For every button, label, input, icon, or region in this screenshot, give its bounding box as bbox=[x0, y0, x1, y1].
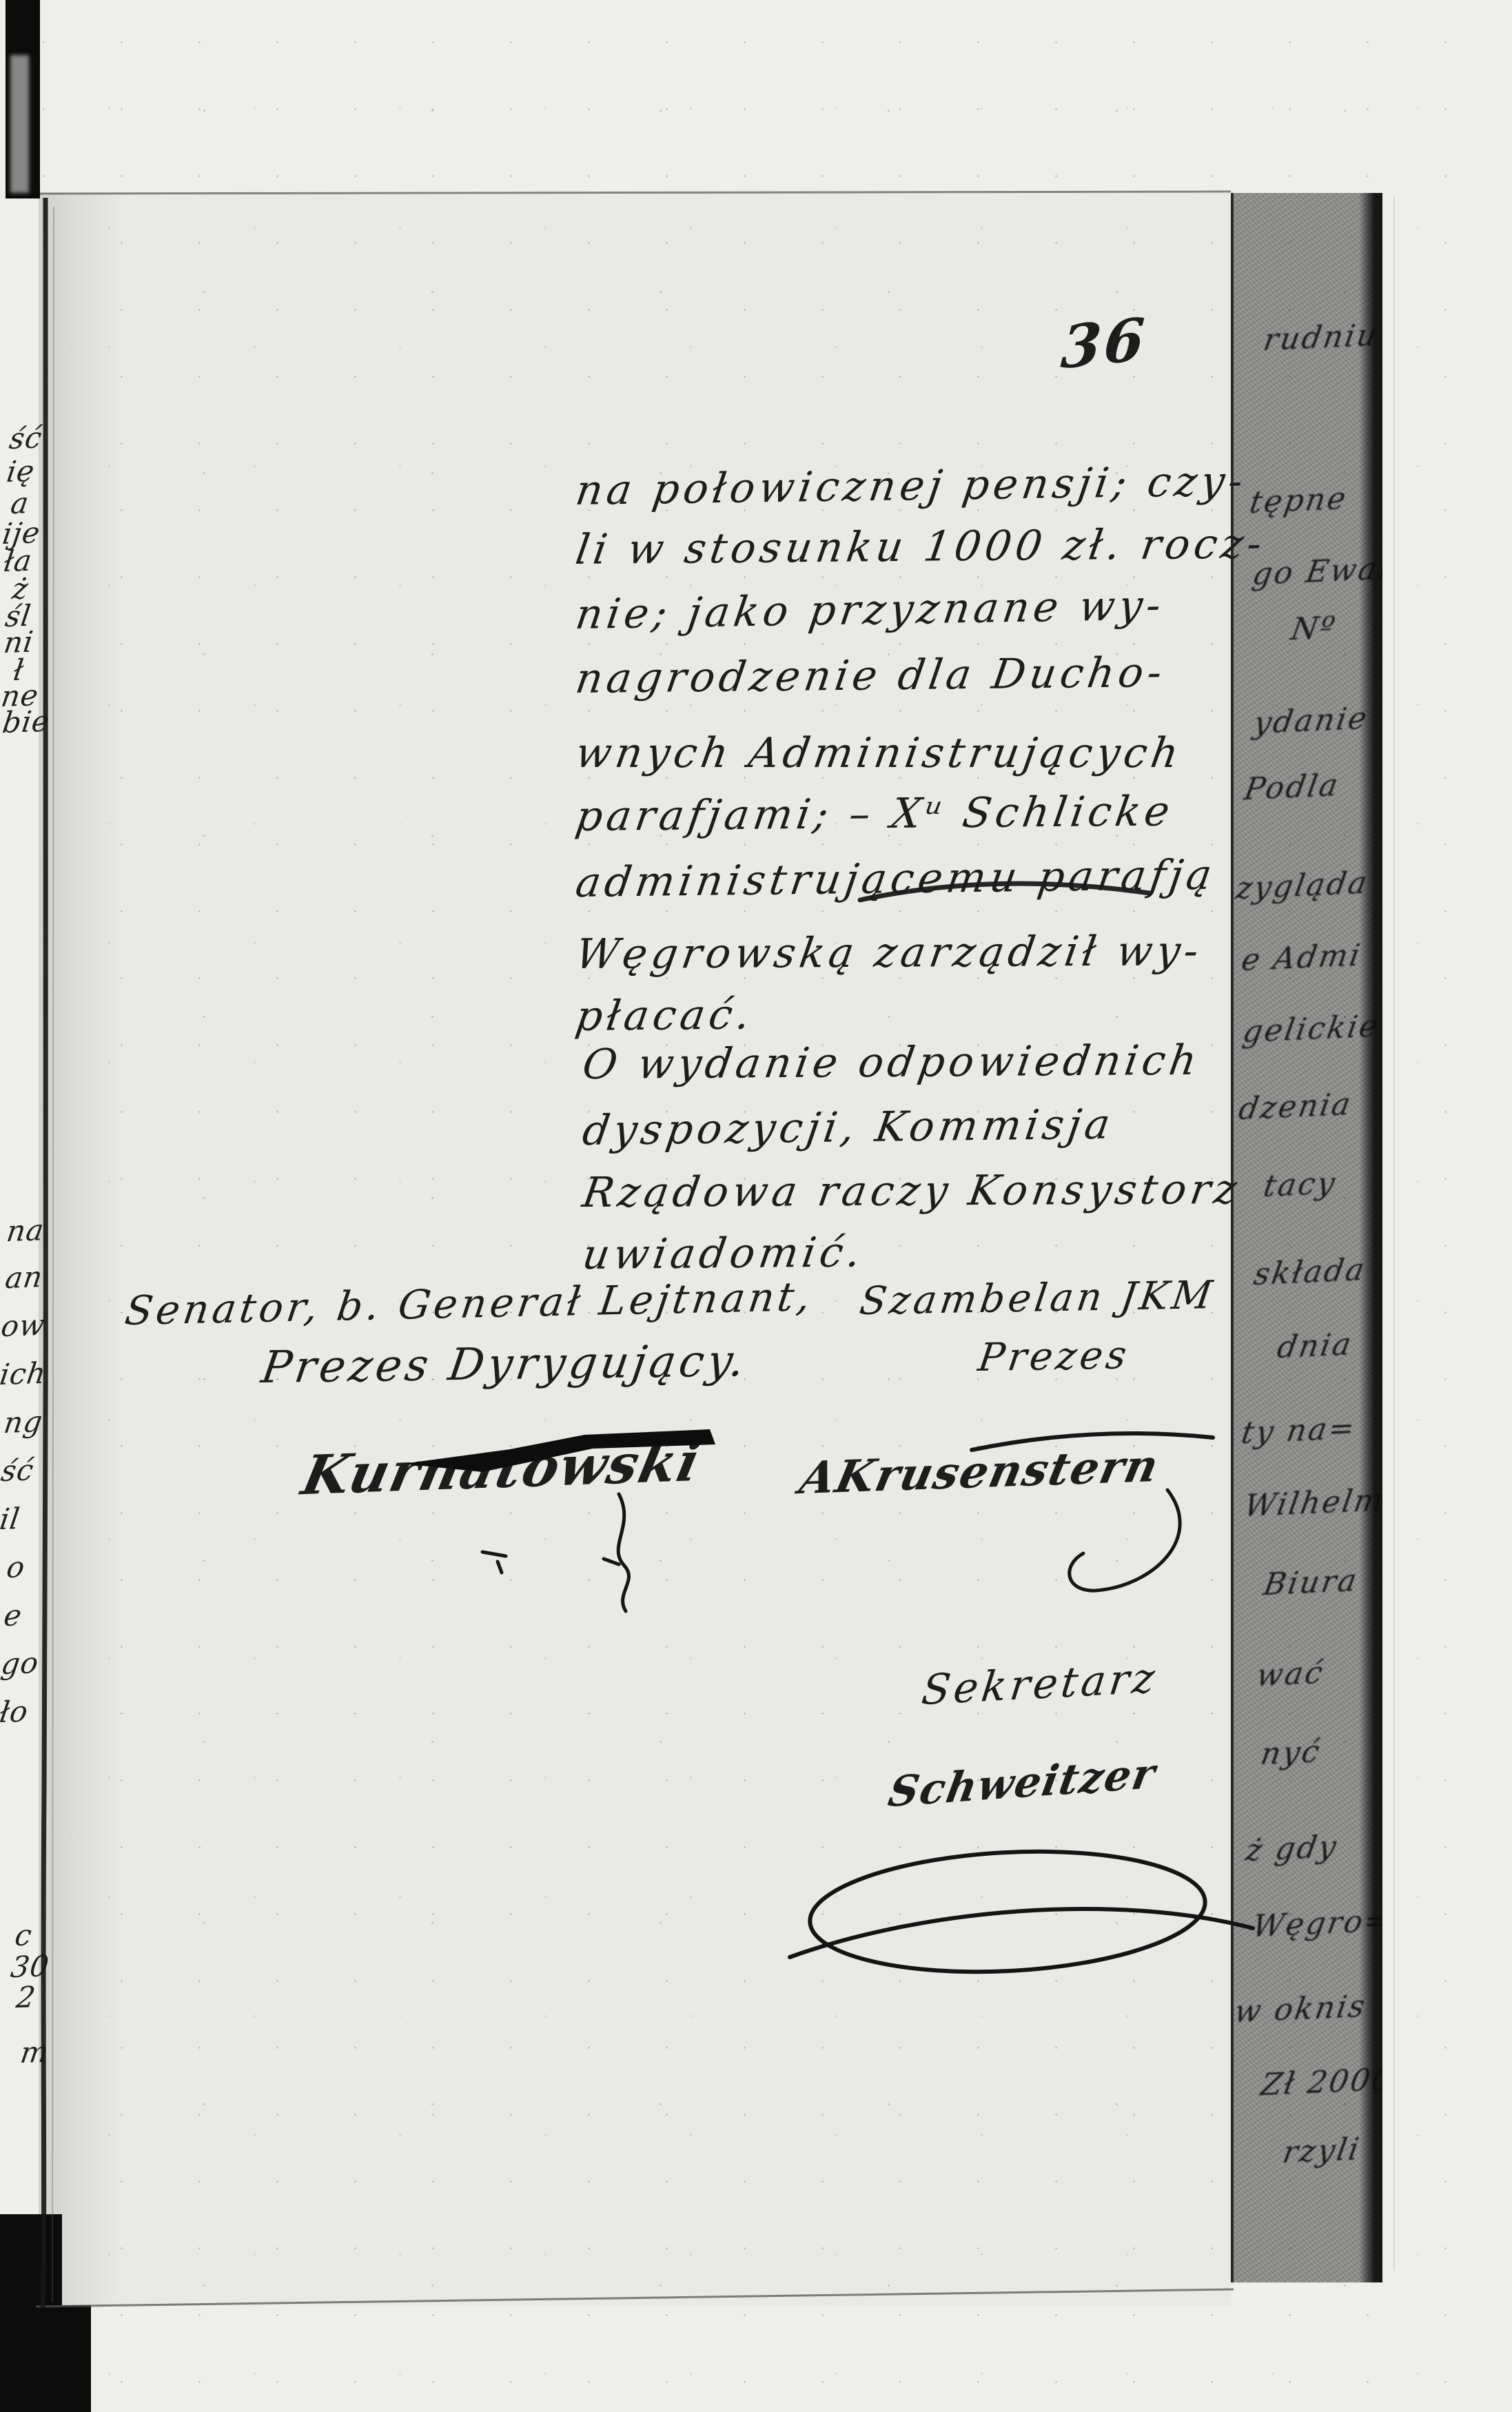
prev-page-fragment: ść bbox=[0, 1453, 37, 1488]
body-line: nie; jako przyznane wy- bbox=[573, 582, 1168, 640]
bleedthrough-fragment: tępne bbox=[1247, 481, 1351, 521]
adjacent-page-dark-edge bbox=[1359, 193, 1382, 2282]
prev-page-fragment: ich bbox=[0, 1356, 48, 1392]
bleedthrough-fragment: nyć bbox=[1258, 1734, 1324, 1772]
binding-block-bottom-upper bbox=[0, 2214, 62, 2307]
bleedthrough-fragment: w oknis bbox=[1232, 1988, 1369, 2030]
body-line: Węgrowską zarządził wy- bbox=[573, 927, 1206, 979]
body-line: O wydanie odpowiednich bbox=[580, 1036, 1204, 1089]
left-signatory-subtitle: Prezes Dyrygujący. bbox=[258, 1336, 751, 1393]
binding-block-bottom-lower bbox=[0, 2305, 91, 2412]
bleedthrough-fragment: Podla bbox=[1242, 768, 1342, 807]
body-line: Rządowa raczy Konsystorz bbox=[580, 1165, 1245, 1217]
bleedthrough-fragment: Biura bbox=[1261, 1563, 1361, 1602]
prev-page-fragment: ię bbox=[5, 453, 37, 489]
bleedthrough-fragment: wać bbox=[1254, 1655, 1327, 1694]
prev-page-fragment: il bbox=[0, 1502, 22, 1536]
prev-page-fragment: c bbox=[13, 1918, 34, 1952]
document-scan: rudniutępnego EwanNºydaniePodlazyglądae … bbox=[0, 0, 1512, 2412]
prev-page-fragment: go bbox=[0, 1646, 41, 1681]
body-line: administrującemu parafją bbox=[573, 851, 1219, 907]
bleedthrough-fragment: dnia bbox=[1275, 1327, 1356, 1365]
prev-page-fragment: bie bbox=[1, 704, 52, 739]
prev-page-fragment: 2 bbox=[14, 1980, 39, 2014]
prev-page-fragment: ow bbox=[0, 1308, 48, 1343]
bleedthrough-fragment: Nº bbox=[1289, 610, 1340, 647]
bleedthrough-fragment: rzyli bbox=[1280, 2132, 1364, 2170]
bleedthrough-fragment: ż gdy bbox=[1243, 1829, 1341, 1868]
prev-page-fragment: na bbox=[5, 1213, 47, 1248]
right-signatory-title: Szambelan JKM bbox=[857, 1273, 1218, 1324]
body-line: nagrodzenie dla Ducho- bbox=[573, 648, 1169, 703]
body-line: płacać. bbox=[573, 990, 757, 1041]
prev-page-fragment: ło bbox=[0, 1694, 30, 1729]
bleedthrough-fragment: składa bbox=[1252, 1252, 1369, 1292]
bleedthrough-fragment: tacy bbox=[1261, 1165, 1340, 1204]
prev-page-fragment: ść bbox=[8, 420, 45, 456]
body-line: parafjami; – Xᵘ Schlicke bbox=[573, 787, 1177, 841]
body-line: li w stosunku 1000 zł. rocz- bbox=[573, 520, 1269, 574]
prev-page-fragment: m bbox=[19, 2034, 52, 2069]
scan-artifact-line bbox=[1393, 196, 1395, 2271]
prev-page-fragment: 30 bbox=[9, 1949, 52, 1984]
bleedthrough-fragment: e Admi bbox=[1239, 937, 1365, 978]
prev-page-fragment: ng bbox=[2, 1404, 45, 1440]
bleedthrough-fragment: dzenia bbox=[1236, 1087, 1355, 1127]
prev-page-fragment: o bbox=[5, 1550, 28, 1584]
bleedthrough-fragment: ydanie bbox=[1252, 701, 1371, 742]
bleedthrough-fragment: ty na= bbox=[1239, 1411, 1359, 1451]
body-line: wnych Administrujących bbox=[572, 729, 1185, 777]
body-line: dyspozycji, Kommisja bbox=[580, 1101, 1117, 1156]
page-number: 36 bbox=[1059, 304, 1149, 382]
bleedthrough-fragment: zygląda bbox=[1234, 865, 1371, 906]
prev-page-fragment: e bbox=[2, 1598, 25, 1633]
body-line: na połowicznej pensji; czy- bbox=[573, 457, 1250, 515]
body-line: uwiadomić. bbox=[580, 1228, 868, 1279]
prev-page-fragment: an bbox=[3, 1260, 45, 1295]
adjacent-page-strip: rudniutępnego EwanNºydaniePodlazyglądae … bbox=[1231, 193, 1382, 2282]
prev-page-fragment: a bbox=[9, 486, 32, 520]
binding-bar-highlight bbox=[10, 55, 29, 193]
right-signatory-subtitle: Prezes bbox=[975, 1333, 1132, 1380]
